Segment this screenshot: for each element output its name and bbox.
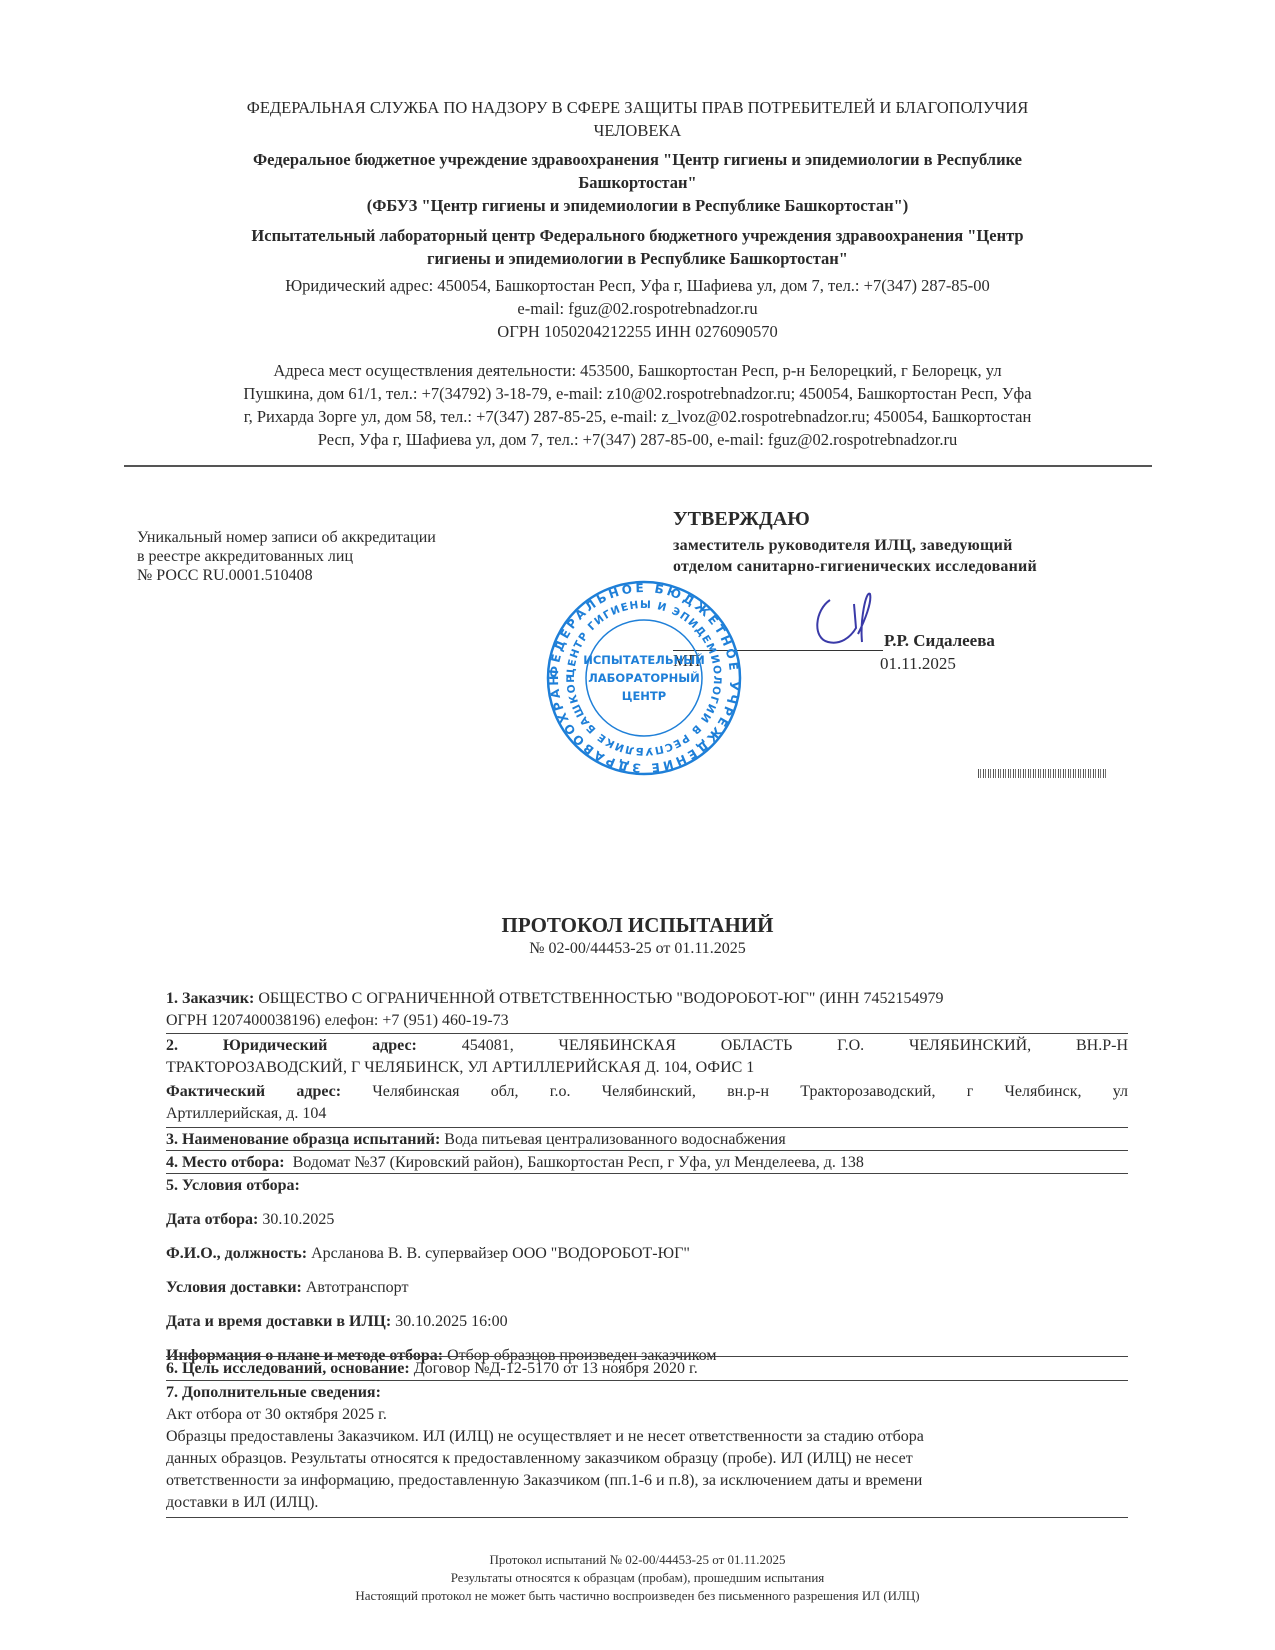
lab-line-1: Испытательный лабораторный центр Федерал… xyxy=(120,224,1155,247)
header-divider xyxy=(124,465,1152,467)
section-sampling-conditions: 5. Условия отбора: Дата отбора: 30.10.20… xyxy=(166,1175,1128,1367)
section-purpose: 6. Цель исследований, основание: Договор… xyxy=(166,1358,1128,1380)
laboratory-stamp-icon: ФЕДЕРАЛЬНОЕ БЮДЖЕТНОЕ УЧРЕЖДЕНИЕ ЗДРАВОО… xyxy=(546,580,742,776)
approver-name: Р.Р. Сидалеева xyxy=(884,631,995,651)
sampling-date-value: 30.10.2025 xyxy=(262,1211,334,1228)
actual-address-value-line-1: Челябинская обл, г.о. Челябинский, вн.р-… xyxy=(372,1083,1128,1100)
position-line-1: заместитель руководителя ИЛЦ, заведующий xyxy=(673,535,1037,556)
lab-line-2: гигиены и эпидемиологии в Республике Баш… xyxy=(120,247,1155,270)
section-additional-info: 7. Дополнительные сведения: Акт отбора о… xyxy=(166,1382,1128,1514)
agency-line-2: ЧЕЛОВЕКА xyxy=(120,119,1155,142)
sample-name-label: 3. Наименование образца испытаний: xyxy=(166,1131,440,1148)
barcode-icon xyxy=(978,769,1106,778)
divider xyxy=(166,1033,1128,1034)
section-sample-name: 3. Наименование образца испытаний: Вода … xyxy=(166,1129,1128,1151)
purpose-value: Договор №Д-12-5170 от 13 ноября 2020 г. xyxy=(414,1360,698,1377)
activity-line-3: г, Рихарда Зорге ул, дом 58, тел.: +7(34… xyxy=(120,405,1155,428)
signature-icon xyxy=(810,590,900,652)
accreditation-block: Уникальный номер записи об аккредитации … xyxy=(137,528,436,585)
section-customer: 1. Заказчик: ОБЩЕСТВО С ОГРАНИЧЕННОЙ ОТВ… xyxy=(166,988,1128,1032)
accreditation-line-2: в реестре аккредитованных лиц xyxy=(137,547,436,566)
additional-info-line-5: доставки в ИЛ (ИЛЦ). xyxy=(166,1492,1128,1514)
agency-line-1: ФЕДЕРАЛЬНАЯ СЛУЖБА ПО НАДЗОРУ В СФЕРЕ ЗА… xyxy=(120,96,1155,119)
footer-line-3: Настоящий протокол не может быть частичн… xyxy=(0,1587,1275,1605)
additional-info-label: 7. Дополнительные сведения: xyxy=(166,1382,1128,1404)
activity-line-4: Респ, Уфа г, Шафиева ул, дом 7, тел.: +7… xyxy=(120,428,1155,451)
activity-line-1: Адреса мест осуществления деятельности: … xyxy=(120,359,1155,382)
approval-title: УТВЕРЖДАЮ xyxy=(673,508,810,531)
legal-address-value-line-2: ТРАКТОРОЗАВОДСКИЙ, Г ЧЕЛЯБИНСК, УЛ АРТИЛ… xyxy=(166,1057,1128,1079)
legal-address-label: 2. Юридический адрес: xyxy=(166,1037,417,1054)
purpose-label: 6. Цель исследований, основание: xyxy=(166,1360,410,1377)
customer-label: 1. Заказчик: xyxy=(166,990,254,1007)
approval-date: 01.11.2025 xyxy=(880,654,956,674)
sampler-value: Арсланова В. В. супервайзер ООО "ВОДОРОБ… xyxy=(311,1245,690,1262)
section-legal-address: 2. Юридический адрес: 454081, ЧЕЛЯБИНСКА… xyxy=(166,1035,1128,1125)
position-line-2: отделом санитарно-гигиенических исследов… xyxy=(673,556,1037,577)
svg-text:ЦЕНТР: ЦЕНТР xyxy=(622,689,666,703)
footer-line-1: Протокол испытаний № 02-00/44453-25 от 0… xyxy=(0,1551,1275,1569)
sample-name-value: Вода питьевая централизованного водоснаб… xyxy=(444,1131,785,1148)
institution-line-2: Башкортостан" xyxy=(120,171,1155,194)
legal-address-value-line-1: 454081, ЧЕЛЯБИНСКАЯ ОБЛАСТЬ Г.О. ЧЕЛЯБИН… xyxy=(462,1037,1128,1054)
actual-address-value-line-2: Артиллерийская, д. 104 xyxy=(166,1103,1128,1125)
institution-line-1: Федеральное бюджетное учреждение здравоо… xyxy=(120,148,1155,171)
section-sampling-place: 4. Место отбора: Водомат №37 (Кировский … xyxy=(166,1152,1128,1174)
delivery-datetime-label: Дата и время доставки в ИЛЦ: xyxy=(166,1313,391,1330)
delivery-conditions-value: Автотранспорт xyxy=(306,1279,409,1296)
protocol-title: ПРОТОКОЛ ИСПЫТАНИЙ xyxy=(0,913,1275,938)
actual-address-label: Фактический адрес: xyxy=(166,1083,341,1100)
sampling-place-label: 4. Место отбора: xyxy=(166,1154,285,1171)
svg-text:ИСПЫТАТЕЛЬНЫЙ: ИСПЫТАТЕЛЬНЫЙ xyxy=(583,652,705,667)
email: e-mail: fguz@02.rospotrebnadzor.ru xyxy=(120,297,1155,320)
page-footer: Протокол испытаний № 02-00/44453-25 от 0… xyxy=(0,1551,1275,1605)
sampling-conditions-label: 5. Условия отбора: xyxy=(166,1175,1128,1197)
divider xyxy=(166,1517,1128,1518)
ogrn-inn: ОГРН 1050204212255 ИНН 0276090570 xyxy=(120,320,1155,343)
additional-info-line-2: Образцы предоставлены Заказчиком. ИЛ (ИЛ… xyxy=(166,1426,1128,1448)
agency-name: ФЕДЕРАЛЬНАЯ СЛУЖБА ПО НАДЗОРУ В СФЕРЕ ЗА… xyxy=(120,96,1155,142)
customer-value-line-1: ОБЩЕСТВО С ОГРАНИЧЕННОЙ ОТВЕТСТВЕННОСТЬЮ… xyxy=(258,990,943,1007)
sampling-place-value: Водомат №37 (Кировский район), Башкортос… xyxy=(293,1154,864,1171)
sampler-label: Ф.И.О., должность: xyxy=(166,1245,307,1262)
footer-line-2: Результаты относятся к образцам (пробам)… xyxy=(0,1569,1275,1587)
divider xyxy=(166,1127,1128,1128)
divider xyxy=(166,1150,1128,1151)
activity-addresses: Адреса мест осуществления деятельности: … xyxy=(120,359,1155,451)
divider xyxy=(166,1356,1128,1357)
institution-short: (ФБУЗ "Центр гигиены и эпидемиологии в Р… xyxy=(120,194,1155,217)
accreditation-line-1: Уникальный номер записи об аккредитации xyxy=(137,528,436,547)
activity-line-2: Пушкина, дом 61/1, тел.: +7(34792) 3-18-… xyxy=(120,382,1155,405)
lab-contacts: Юридический адрес: 450054, Башкортостан … xyxy=(120,274,1155,343)
divider xyxy=(166,1380,1128,1381)
legal-address: Юридический адрес: 450054, Башкортостан … xyxy=(120,274,1155,297)
customer-value-line-2: ОГРН 1207400038196) елефон: +7 (951) 460… xyxy=(166,1010,1128,1032)
additional-info-line-1: Акт отбора от 30 октября 2025 г. xyxy=(166,1404,1128,1426)
additional-info-line-4: ответственности за информацию, предостав… xyxy=(166,1470,1128,1492)
svg-text:ЛАБОРАТОРНЫЙ: ЛАБОРАТОРНЫЙ xyxy=(588,670,700,685)
institution-name: Федеральное бюджетное учреждение здравоо… xyxy=(120,148,1155,217)
protocol-number: № 02-00/44453-25 от 01.11.2025 xyxy=(0,940,1275,958)
divider xyxy=(166,1173,1128,1174)
delivery-datetime-value: 30.10.2025 16:00 xyxy=(395,1313,507,1330)
approver-position: заместитель руководителя ИЛЦ, заведующий… xyxy=(673,535,1037,577)
delivery-conditions-label: Условия доставки: xyxy=(166,1279,302,1296)
sampling-date-label: Дата отбора: xyxy=(166,1211,258,1228)
accreditation-number: № РОСС RU.0001.510408 xyxy=(137,566,436,585)
additional-info-line-3: данных образцов. Результаты относятся к … xyxy=(166,1448,1128,1470)
lab-name: Испытательный лабораторный центр Федерал… xyxy=(120,224,1155,270)
